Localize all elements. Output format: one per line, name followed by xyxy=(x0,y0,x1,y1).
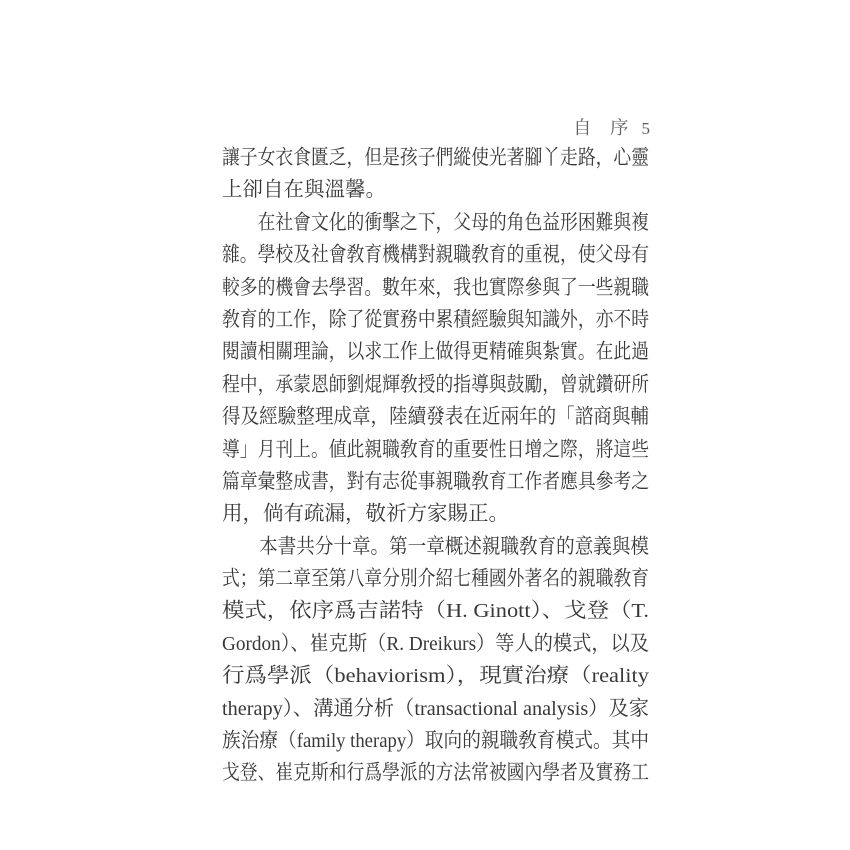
text-line: 敎育的工作，除了從實務中累積經驗與知識外，亦不時 xyxy=(222,304,649,336)
page-number: 5 xyxy=(642,119,651,138)
body-text: 讓子女衣食匱乏，但是孩子們縱使光著腳丫走路，心靈上卻自在與溫馨。 在社會文化的衝… xyxy=(222,142,649,790)
text-line-content: 在社會文化的衝擊之下，父母的角色益形困難與複 xyxy=(222,207,649,239)
text-line-content: Gordon）、崔克斯（R. Dreikurs）等人的模式，以及 xyxy=(222,628,649,660)
text-line: 讓子女衣食匱乏，但是孩子們縱使光著腳丫走路，心靈 xyxy=(222,142,649,174)
text-line-content: 用，倘有疏漏，敬祈方家賜正。 xyxy=(222,498,509,530)
text-line-content: 得及經驗整理成章，陸續發表在近兩年的「諮商與輔 xyxy=(222,401,649,433)
section-title: 自 序 xyxy=(573,119,629,139)
text-line-content: 模式，依序爲吉諾特（H. Ginott）、戈登（T. xyxy=(222,595,649,627)
text-line-content: 程中，承蒙恩師劉焜輝敎授的指導與鼓勵，曾就鑽研所 xyxy=(222,369,649,401)
text-line-content: 導」月刊上。値此親職敎育的重要性日增之際，將這些 xyxy=(222,434,649,466)
text-line: 本書共分十章。第一章概述親職敎育的意義與模 xyxy=(222,531,649,563)
text-line-content: 閱讀相關理論，以求工作上做得更精確與紮實。在此過 xyxy=(222,336,649,368)
text-line: 雜。學校及社會敎育機構對親職敎育的重視，使父母有 xyxy=(222,239,649,271)
text-line: 導」月刊上。値此親職敎育的重要性日增之際，將這些 xyxy=(222,434,649,466)
text-line-content: therapy）、溝通分析（transactional analysis）及家 xyxy=(222,693,649,725)
text-line-content: 較多的機會去學習。數年來，我也實際參與了一些親職 xyxy=(222,272,649,304)
text-line: 行爲學派（behaviorism），現實治療（reality xyxy=(222,660,649,692)
text-line: 得及經驗整理成章，陸續發表在近兩年的「諮商與輔 xyxy=(222,401,649,433)
text-line: 上卻自在與溫馨。 xyxy=(222,174,649,206)
text-line: therapy）、溝通分析（transactional analysis）及家 xyxy=(222,693,649,725)
text-line-content: 族治療（family therapy）取向的親職敎育模式。其中 xyxy=(222,725,649,757)
text-line: 閱讀相關理論，以求工作上做得更精確與紮實。在此過 xyxy=(222,336,649,368)
text-line: 較多的機會去學習。數年來，我也實際參與了一些親職 xyxy=(222,272,649,304)
text-line: 戈登、崔克斯和行爲學派的方法常被國內學者及實務工 xyxy=(222,757,649,789)
text-line-content: 雜。學校及社會敎育機構對親職敎育的重視，使父母有 xyxy=(222,239,649,271)
text-line-content: 本書共分十章。第一章概述親職敎育的意義與模 xyxy=(222,531,649,563)
text-line: 篇章彙整成書，對有志從事親職敎育工作者應具參考之 xyxy=(222,466,649,498)
text-line: 在社會文化的衝擊之下，父母的角色益形困難與複 xyxy=(222,207,649,239)
text-line-content: 篇章彙整成書，對有志從事親職敎育工作者應具參考之 xyxy=(222,466,649,498)
text-line-content: 讓子女衣食匱乏，但是孩子們縱使光著腳丫走路，心靈 xyxy=(222,142,649,174)
text-line: 程中，承蒙恩師劉焜輝敎授的指導與鼓勵，曾就鑽研所 xyxy=(222,369,649,401)
book-page: 自 序5 讓子女衣食匱乏，但是孩子們縱使光著腳丫走路，心靈上卻自在與溫馨。 在社… xyxy=(0,0,850,850)
text-line: 模式，依序爲吉諾特（H. Ginott）、戈登（T. xyxy=(222,595,649,627)
text-line: 用，倘有疏漏，敬祈方家賜正。 xyxy=(222,498,649,530)
text-line-content: 上卻自在與溫馨。 xyxy=(222,174,386,206)
text-line: 式；第二章至第八章分別介紹七種國外著名的親職敎育 xyxy=(222,563,649,595)
text-line-content: 行爲學派（behaviorism），現實治療（reality xyxy=(222,660,649,692)
text-line-content: 式；第二章至第八章分別介紹七種國外著名的親職敎育 xyxy=(222,563,649,595)
text-line-content: 敎育的工作，除了從實務中累積經驗與知識外，亦不時 xyxy=(222,304,649,336)
text-line: 族治療（family therapy）取向的親職敎育模式。其中 xyxy=(222,725,649,757)
text-line-content: 戈登、崔克斯和行爲學派的方法常被國內學者及實務工 xyxy=(222,757,649,789)
text-line: Gordon）、崔克斯（R. Dreikurs）等人的模式，以及 xyxy=(222,628,649,660)
